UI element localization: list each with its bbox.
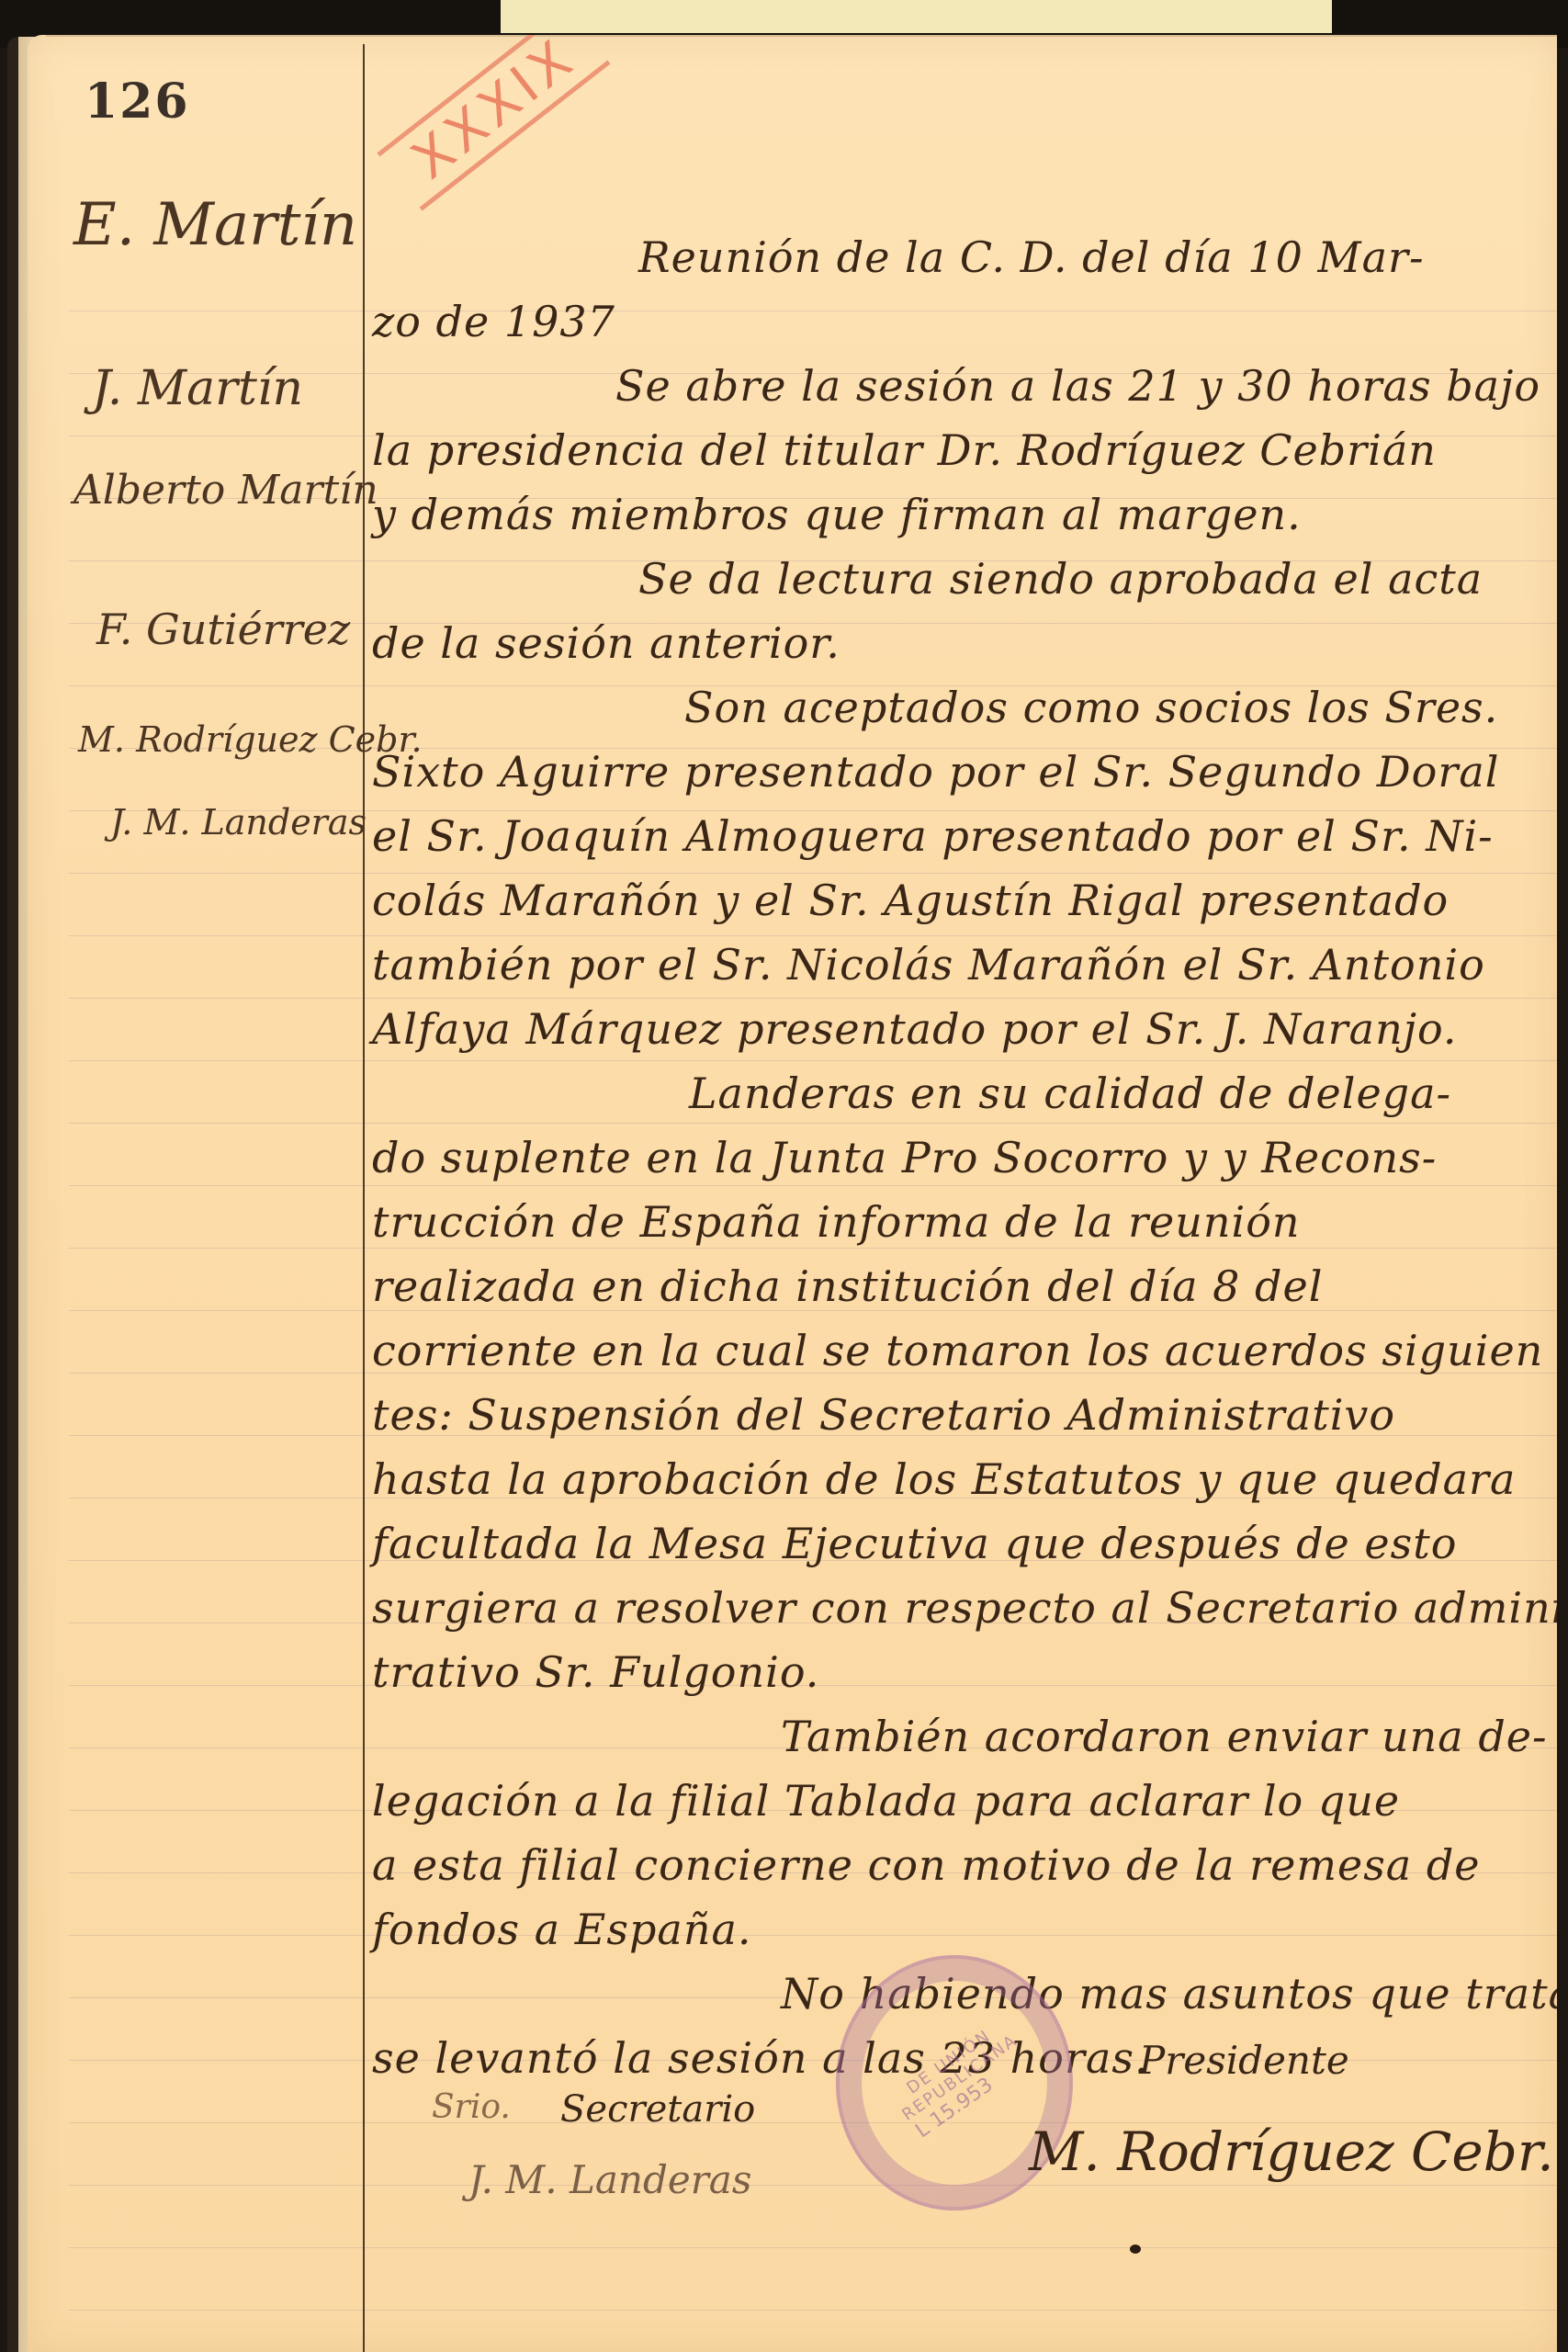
margin-signature: E. Martín xyxy=(73,191,377,259)
minutes-line: tes: Suspensión del Secretario Administr… xyxy=(372,1390,1557,1440)
minutes-line: corriente en la cual se tomaron los acue… xyxy=(372,1326,1557,1375)
ruled-line xyxy=(69,935,1557,936)
margin-signature: M. Rodríguez Cebr. xyxy=(78,719,381,760)
minutes-line: Alfaya Márquez presentado por el Sr. J. … xyxy=(372,1004,1557,1054)
secretary-signature: J. M. Landeras xyxy=(468,2157,751,2202)
margin-signature: F. Gutiérrez xyxy=(96,605,400,654)
top-rule xyxy=(46,35,1557,37)
ruled-line xyxy=(69,998,1557,999)
minutes-line: también por el Sr. Nicolás Marañón el Sr… xyxy=(372,940,1557,989)
minutes-line: trucción de España informa de la reunión xyxy=(372,1197,1557,1247)
minutes-line: a esta filial concierne con motivo de la… xyxy=(372,1840,1557,1890)
minutes-line: de la sesión anterior. xyxy=(372,618,1557,668)
ruled-line xyxy=(69,2185,1557,2186)
minutes-line: legación a la filial Tablada para aclara… xyxy=(372,1776,1557,1826)
secretary-prefix: Srio. xyxy=(432,2088,511,2126)
minutes-line: y demás miembros que firman al margen. xyxy=(372,490,1557,539)
secretary-label: Secretario xyxy=(560,2088,755,2131)
minutes-line: colás Marañón y el Sr. Agustín Rigal pre… xyxy=(372,876,1557,925)
minutes-line: Se abre la sesión a las 21 y 30 horas ba… xyxy=(615,361,1557,411)
ledger-page: 126 XXXIX E. Martín J. Martín Alberto Ma… xyxy=(28,35,1557,2352)
ruled-line xyxy=(69,2247,1557,2248)
minutes-line: do suplente en la Junta Pro Socorro y y … xyxy=(372,1133,1557,1182)
minutes-line: Landeras en su calidad de delega- xyxy=(689,1069,1557,1118)
ruled-line xyxy=(69,1185,1557,1186)
ruled-line xyxy=(69,1060,1557,1061)
minutes-line: Se da lectura siendo aprobada el acta xyxy=(638,554,1557,604)
margin-signature: Alberto Martín xyxy=(73,467,377,514)
minutes-title: Reunión de la C. D. del día 10 Mar- xyxy=(638,232,1557,282)
ruled-line xyxy=(69,2310,1557,2311)
president-signature: M. Rodríguez Cebr. xyxy=(1029,2120,1554,2183)
minutes-line: surgiera a resolver con respecto al Secr… xyxy=(372,1583,1557,1633)
page-number: 126 xyxy=(85,73,190,130)
president-label: Presidente xyxy=(1139,2038,1349,2083)
ruled-line xyxy=(69,1248,1557,1249)
minutes-line: Sixto Aguirre presentado por el Sr. Segu… xyxy=(372,747,1557,797)
minutes-line: hasta la aprobación de los Estatutos y q… xyxy=(372,1454,1557,1504)
minutes-line: trativo Sr. Fulgonio. xyxy=(372,1647,1557,1697)
minutes-line: facultada la Mesa Ejecutiva que después … xyxy=(372,1519,1557,1568)
minutes-line: el Sr. Joaquín Almoguera presentado por … xyxy=(372,811,1557,861)
ink-blot xyxy=(1130,2245,1141,2254)
red-pencil-mark: XXXIX xyxy=(377,35,610,211)
minutes-line: la presidencia del titular Dr. Rodríguez… xyxy=(372,425,1557,475)
ruled-line xyxy=(69,873,1557,874)
minutes-line: También acordaron enviar una de- xyxy=(781,1712,1557,1761)
margin-signature: J. Martín xyxy=(92,361,395,416)
margin-signature: J. M. Landeras xyxy=(110,802,413,842)
ruled-line xyxy=(69,1123,1557,1124)
minutes-line: zo de 1937 xyxy=(372,297,1557,346)
minutes-line: Son aceptados como socios los Sres. xyxy=(684,683,1557,732)
minutes-line: fondos a España. xyxy=(372,1905,1557,1954)
paper-tab xyxy=(501,0,1332,33)
minutes-line: realizada en dicha institución del día 8… xyxy=(372,1261,1557,1311)
